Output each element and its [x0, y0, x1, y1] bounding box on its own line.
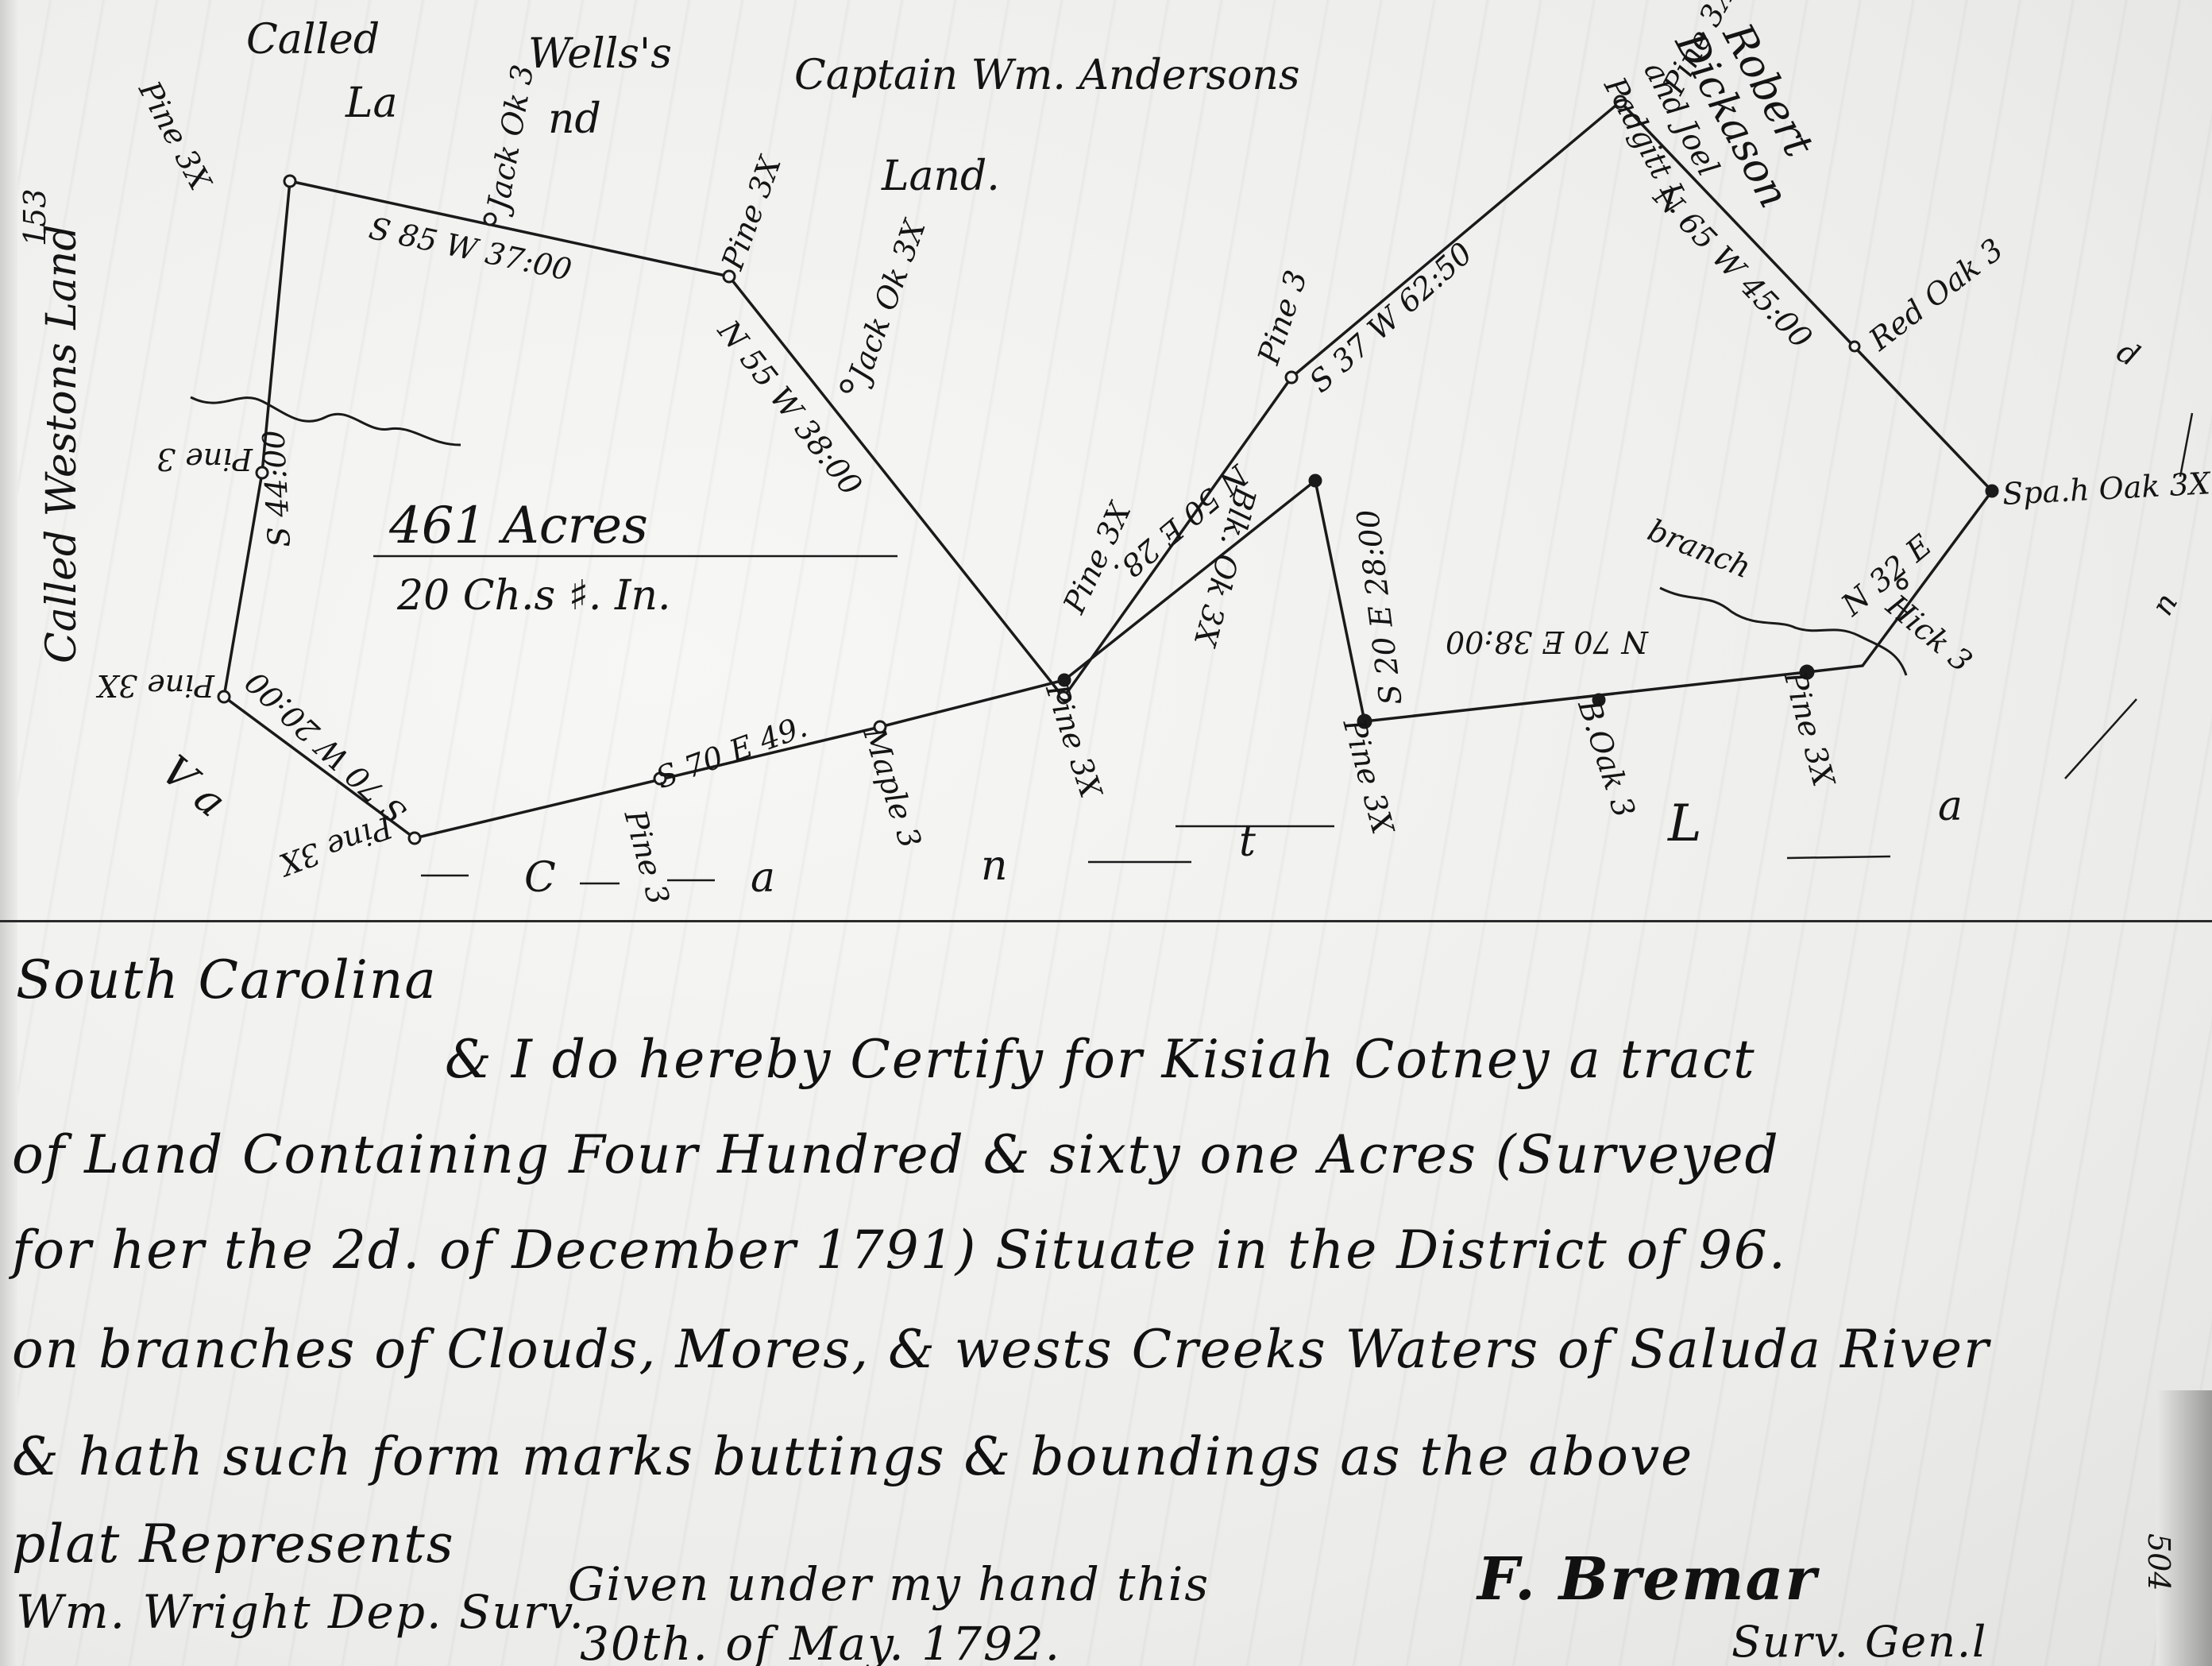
vacant-east-letter: a	[1938, 783, 1963, 830]
vacant-south-letter: C	[524, 854, 556, 902]
certificate-line: & hath such form marks buttings & boundi…	[12, 1426, 1693, 1487]
adjoiner-north-nd: nd	[548, 95, 601, 143]
stream-line-west	[191, 397, 461, 445]
plat-acreage: 461 Acres	[389, 497, 648, 555]
given-line-1: Given under my hand this	[568, 1557, 1210, 1611]
certificate-line: plat Represents	[12, 1513, 455, 1575]
plat-certificate-divider	[0, 920, 2212, 922]
certificate-line: & I do hereby Certify for Kisiah Cotney …	[445, 1029, 1756, 1090]
adjoiner-west-label: Called Westons Land	[38, 224, 86, 663]
corner-label: Pine 3	[156, 442, 253, 477]
adjoiner-anderson-line1: Captain Wm. Andersons	[794, 52, 1300, 99]
deputy-surveyor: Wm. Wright Dep. Surv.	[16, 1585, 585, 1639]
surveyor-general-title: Surv. Gen.l	[1731, 1617, 1987, 1666]
course-label: S 44:00	[256, 429, 297, 548]
adjoiner-north-la: La	[346, 79, 398, 127]
vacant-south-letter: a	[751, 854, 775, 902]
surveyor-general-signature: F. Bremar	[1477, 1545, 1817, 1614]
adjoiner-north-wells: Wells's	[528, 30, 672, 78]
vacant-south-letter: n	[981, 842, 1008, 890]
boundary-lines	[224, 102, 1992, 838]
corner-markers	[218, 96, 1998, 844]
corner-label: Pine 3X	[97, 668, 214, 703]
certificate-line: for her the 2d. of December 1791) Situat…	[12, 1220, 1787, 1281]
course-label: N 70 E 38:00	[1446, 624, 1648, 659]
page-edge-right	[2156, 1390, 2212, 1666]
vacant-east-letter: L	[1668, 794, 1702, 853]
certificate-state: South Carolina	[16, 949, 438, 1011]
certificate-line: of Land Containing Four Hundred & sixty …	[12, 1124, 1780, 1185]
document-page: 153 Called Westons Land Called La Wells'…	[0, 0, 2212, 1666]
vacant-south-letter: t	[1239, 818, 1256, 866]
adjoiner-north-called: Called	[246, 16, 380, 64]
certificate-line: on branches of Clouds, Mores, & wests Cr…	[12, 1319, 1990, 1380]
margin-number: 504	[2141, 1533, 2176, 1591]
given-line-2: 30th. of May. 1792.	[580, 1617, 1061, 1666]
adjoiner-anderson-line2: Land.	[882, 153, 1000, 200]
plat-scale: 20 Ch.s ♯. In.	[397, 572, 671, 620]
